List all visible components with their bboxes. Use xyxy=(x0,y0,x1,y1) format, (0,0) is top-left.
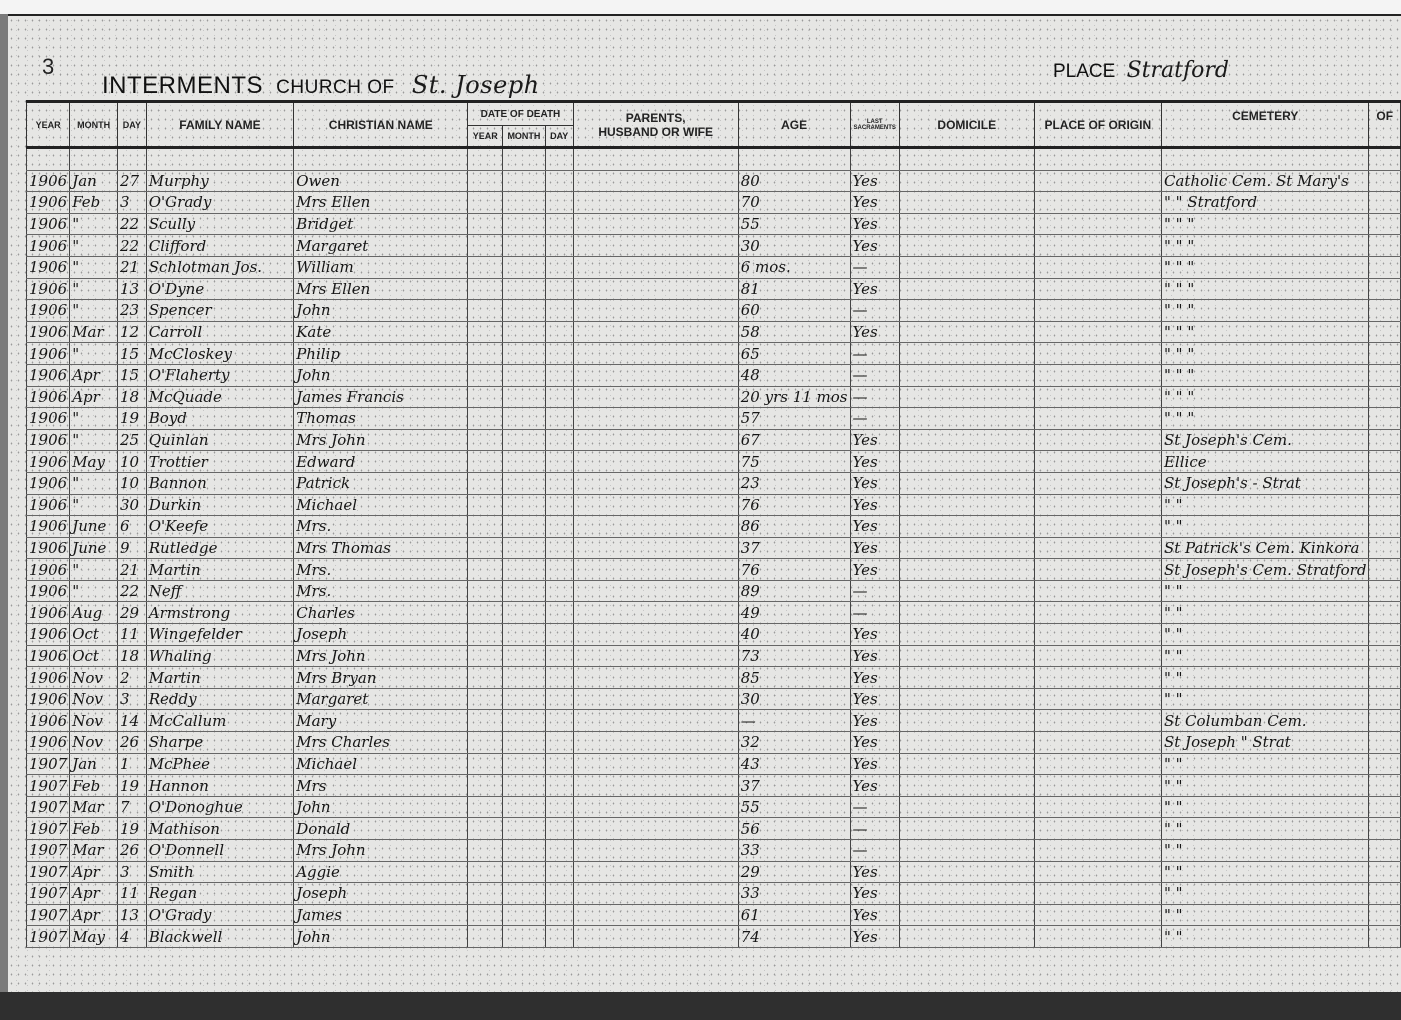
burial-year-cell: 1906 xyxy=(27,386,70,408)
place-of-origin-cell xyxy=(1034,796,1161,818)
dod-year-cell xyxy=(468,580,503,602)
col-family-name: FAMILY NAME xyxy=(146,102,293,148)
dod-month-cell xyxy=(503,580,546,602)
dod-year-cell xyxy=(468,818,503,840)
dod-month-cell xyxy=(503,408,546,430)
dod-year-cell xyxy=(468,537,503,559)
parents-cell xyxy=(573,904,738,926)
domicile-cell xyxy=(899,192,1034,214)
interments-table: YEAR MONTH DAY FAMILY NAME CHRISTIAN NAM… xyxy=(26,100,1401,948)
age-cell: 40 xyxy=(738,624,850,646)
cemetery-cell: " " xyxy=(1161,494,1368,516)
table-row: 1906"13O'DyneMrs Ellen81Yes" " " xyxy=(27,278,1401,300)
family-name-cell: Schlotman Jos. xyxy=(146,256,293,278)
family-name-cell: Martin xyxy=(146,559,293,581)
christian-name-cell: Aggie xyxy=(294,861,468,883)
officiant-cell xyxy=(1369,926,1401,948)
cemetery-cell: " " xyxy=(1161,624,1368,646)
officiant-cell xyxy=(1369,321,1401,343)
age-cell: 81 xyxy=(738,278,850,300)
dod-year-cell xyxy=(468,840,503,862)
domicile-cell xyxy=(899,602,1034,624)
burial-year-cell: 1907 xyxy=(27,883,70,905)
cemetery-cell: St Columban Cem. xyxy=(1161,710,1368,732)
christian-name-cell: Mrs. xyxy=(294,516,468,538)
table-row: 1906"21Schlotman Jos.William6 mos.—" " " xyxy=(27,256,1401,278)
family-name-cell: Wingefelder xyxy=(146,624,293,646)
dod-year-cell xyxy=(468,192,503,214)
burial-day-cell: 13 xyxy=(117,904,146,926)
burial-year-cell: 1906 xyxy=(27,408,70,430)
burial-day-cell: 10 xyxy=(117,472,146,494)
family-name-cell: O'Donnell xyxy=(146,840,293,862)
parents-cell xyxy=(573,559,738,581)
parents-cell xyxy=(573,775,738,797)
burial-day-cell: 3 xyxy=(117,688,146,710)
burial-year-cell: 1906 xyxy=(27,494,70,516)
burial-year-cell: 1906 xyxy=(27,300,70,322)
burial-day-cell: 30 xyxy=(117,494,146,516)
officiant-cell xyxy=(1369,861,1401,883)
parents-cell xyxy=(573,386,738,408)
dod-month-cell xyxy=(503,926,546,948)
domicile-cell xyxy=(899,904,1034,926)
christian-name-cell: Michael xyxy=(294,494,468,516)
burial-month-cell: Mar xyxy=(70,321,118,343)
place-of-origin-cell xyxy=(1034,732,1161,754)
burial-month-cell: " xyxy=(70,429,118,451)
dod-month-cell xyxy=(503,883,546,905)
dod-month-cell xyxy=(503,624,546,646)
dod-month-cell xyxy=(503,818,546,840)
parents-cell xyxy=(573,213,738,235)
officiant-cell xyxy=(1369,537,1401,559)
dod-year-cell xyxy=(468,343,503,365)
burial-month-cell: Apr xyxy=(70,861,118,883)
table-row: 1906Nov26SharpeMrs Charles32YesSt Joseph… xyxy=(27,732,1401,754)
family-name-cell: Clifford xyxy=(146,235,293,257)
parents-cell xyxy=(573,688,738,710)
parents-cell xyxy=(573,408,738,430)
family-name-cell: O'Keefe xyxy=(146,516,293,538)
dod-year-cell xyxy=(468,278,503,300)
col-last-sacraments: LAST SACRAMENTS xyxy=(850,102,899,148)
burial-year-cell: 1906 xyxy=(27,278,70,300)
age-cell: 32 xyxy=(738,732,850,754)
dod-year-cell xyxy=(468,213,503,235)
dod-month-cell xyxy=(503,645,546,667)
domicile-cell xyxy=(899,213,1034,235)
age-cell: 37 xyxy=(738,775,850,797)
dod-day-cell xyxy=(545,213,573,235)
ledger-body: 1906Jan27MurphyOwen80YesCatholic Cem. St… xyxy=(27,148,1401,948)
domicile-cell xyxy=(899,429,1034,451)
dod-month-cell xyxy=(503,775,546,797)
family-name-cell: McCallum xyxy=(146,710,293,732)
dod-day-cell xyxy=(545,688,573,710)
table-row: 1906"25QuinlanMrs John67YesSt Joseph's C… xyxy=(27,429,1401,451)
burial-year-cell: 1906 xyxy=(27,321,70,343)
place-of-origin-cell xyxy=(1034,883,1161,905)
burial-month-cell: " xyxy=(70,343,118,365)
table-row: 1907May4BlackwellJohn74Yes" " xyxy=(27,926,1401,948)
place-of-origin-cell xyxy=(1034,429,1161,451)
burial-month-cell: Oct xyxy=(70,624,118,646)
parents-cell xyxy=(573,602,738,624)
parents-cell xyxy=(573,537,738,559)
family-name-cell: Blackwell xyxy=(146,926,293,948)
burial-day-cell: 3 xyxy=(117,861,146,883)
burial-day-cell: 3 xyxy=(117,192,146,214)
domicile-cell xyxy=(899,170,1034,192)
burial-year-cell: 1907 xyxy=(27,796,70,818)
family-name-cell: McPhee xyxy=(146,753,293,775)
burial-month-cell: June xyxy=(70,537,118,559)
dod-year-cell xyxy=(468,775,503,797)
dod-year-cell xyxy=(468,364,503,386)
dod-month-cell xyxy=(503,537,546,559)
dod-year-cell xyxy=(468,451,503,473)
burial-day-cell: 23 xyxy=(117,300,146,322)
christian-name-cell: Mrs John xyxy=(294,429,468,451)
burial-year-cell: 1906 xyxy=(27,256,70,278)
place-of-origin-cell xyxy=(1034,451,1161,473)
dod-year-cell xyxy=(468,559,503,581)
burial-month-cell: Nov xyxy=(70,667,118,689)
burial-month-cell: Apr xyxy=(70,904,118,926)
dod-day-cell xyxy=(545,883,573,905)
last-sacraments-cell: Yes xyxy=(850,861,899,883)
domicile-cell xyxy=(899,278,1034,300)
officiant-cell xyxy=(1369,192,1401,214)
parents-cell xyxy=(573,451,738,473)
dod-year-cell xyxy=(468,926,503,948)
place-of-origin-cell xyxy=(1034,559,1161,581)
dod-day-cell xyxy=(545,537,573,559)
domicile-cell xyxy=(899,559,1034,581)
officiant-cell xyxy=(1369,364,1401,386)
place-of-origin-cell xyxy=(1034,861,1161,883)
christian-name-cell: Margaret xyxy=(294,688,468,710)
page-number: 3 xyxy=(42,54,54,80)
dod-year-cell xyxy=(468,256,503,278)
cemetery-cell: " " " xyxy=(1161,364,1368,386)
christian-name-cell: Thomas xyxy=(294,408,468,430)
last-sacraments-cell: — xyxy=(850,796,899,818)
dod-month-cell xyxy=(503,796,546,818)
cemetery-cell: " " " xyxy=(1161,235,1368,257)
cemetery-cell: " " xyxy=(1161,904,1368,926)
last-sacraments-cell: Yes xyxy=(850,516,899,538)
cemetery-cell: Catholic Cem. St Mary's xyxy=(1161,170,1368,192)
dod-month-cell xyxy=(503,710,546,732)
last-sacraments-cell: — xyxy=(850,386,899,408)
family-name-cell: Boyd xyxy=(146,408,293,430)
burial-day-cell: 11 xyxy=(117,624,146,646)
domicile-cell xyxy=(899,688,1034,710)
dod-day-cell xyxy=(545,321,573,343)
officiant-cell xyxy=(1369,688,1401,710)
place-of-origin-cell xyxy=(1034,408,1161,430)
burial-year-cell: 1906 xyxy=(27,645,70,667)
place-of-origin-cell xyxy=(1034,364,1161,386)
place-of-origin-cell xyxy=(1034,580,1161,602)
parents-cell xyxy=(573,256,738,278)
christian-name-cell: Charles xyxy=(294,602,468,624)
dod-month-cell xyxy=(503,667,546,689)
parents-cell xyxy=(573,818,738,840)
officiant-cell xyxy=(1369,256,1401,278)
table-row: 1906June9RutledgeMrs Thomas37YesSt Patri… xyxy=(27,537,1401,559)
last-sacraments-cell: Yes xyxy=(850,429,899,451)
age-cell: 76 xyxy=(738,494,850,516)
officiant-cell xyxy=(1369,753,1401,775)
burial-year-cell: 1906 xyxy=(27,537,70,559)
age-cell: 89 xyxy=(738,580,850,602)
place-of-origin-cell xyxy=(1034,710,1161,732)
age-cell: 29 xyxy=(738,861,850,883)
cemetery-cell: " " xyxy=(1161,840,1368,862)
burial-year-cell: 1906 xyxy=(27,192,70,214)
table-row: 1906Feb3O'GradyMrs Ellen70Yes" " Stratfo… xyxy=(27,192,1401,214)
last-sacraments-cell: — xyxy=(850,364,899,386)
age-cell: 80 xyxy=(738,170,850,192)
last-sacraments-cell: Yes xyxy=(850,904,899,926)
christian-name-cell: John xyxy=(294,364,468,386)
age-cell: 61 xyxy=(738,904,850,926)
burial-day-cell: 19 xyxy=(117,818,146,840)
table-row: 1906Apr15O'FlahertyJohn48—" " " xyxy=(27,364,1401,386)
last-sacraments-cell: — xyxy=(850,818,899,840)
burial-year-cell: 1907 xyxy=(27,840,70,862)
burial-month-cell: Feb xyxy=(70,775,118,797)
officiant-cell xyxy=(1369,386,1401,408)
burial-day-cell: 26 xyxy=(117,732,146,754)
christian-name-cell: Joseph xyxy=(294,883,468,905)
family-name-cell: Sharpe xyxy=(146,732,293,754)
parents-cell xyxy=(573,192,738,214)
parents-cell xyxy=(573,321,738,343)
cemetery-cell: St Joseph's Cem. xyxy=(1161,429,1368,451)
col-age: AGE xyxy=(738,102,850,148)
age-cell: 60 xyxy=(738,300,850,322)
domicile-cell xyxy=(899,775,1034,797)
dod-day-cell xyxy=(545,710,573,732)
burial-year-cell: 1906 xyxy=(27,170,70,192)
age-cell: 55 xyxy=(738,213,850,235)
last-sacraments-cell: Yes xyxy=(850,688,899,710)
burial-month-cell: Mar xyxy=(70,796,118,818)
dod-day-cell xyxy=(545,170,573,192)
dod-year-cell xyxy=(468,796,503,818)
dod-day-cell xyxy=(545,516,573,538)
dod-year-cell xyxy=(468,602,503,624)
christian-name-cell: Mrs. xyxy=(294,559,468,581)
parents-cell xyxy=(573,580,738,602)
table-row: 1906"19BoydThomas57—" " " xyxy=(27,408,1401,430)
place-of-origin-cell xyxy=(1034,516,1161,538)
cemetery-cell: St Joseph's - Strat xyxy=(1161,472,1368,494)
last-sacraments-cell: Yes xyxy=(850,278,899,300)
family-name-cell: O'Dyne xyxy=(146,278,293,300)
dod-year-cell xyxy=(468,516,503,538)
dod-day-cell xyxy=(545,861,573,883)
christian-name-cell: Patrick xyxy=(294,472,468,494)
christian-name-cell: Mrs Thomas xyxy=(294,537,468,559)
domicile-cell xyxy=(899,645,1034,667)
table-row: 1906May10TrottierEdward75YesEllice xyxy=(27,451,1401,473)
dod-year-cell xyxy=(468,883,503,905)
last-sacraments-cell: — xyxy=(850,840,899,862)
table-row: 1906"22ScullyBridget55Yes" " " xyxy=(27,213,1401,235)
burial-year-cell: 1906 xyxy=(27,516,70,538)
family-name-cell: Bannon xyxy=(146,472,293,494)
family-name-cell: Durkin xyxy=(146,494,293,516)
burial-day-cell: 18 xyxy=(117,645,146,667)
col-domicile: DOMICILE xyxy=(899,102,1034,148)
last-sacraments-cell: Yes xyxy=(850,559,899,581)
parents-cell xyxy=(573,343,738,365)
burial-month-cell: Oct xyxy=(70,645,118,667)
cemetery-cell: " " xyxy=(1161,753,1368,775)
place-of-origin-cell xyxy=(1034,472,1161,494)
dod-year-cell xyxy=(468,429,503,451)
burial-month-cell: " xyxy=(70,580,118,602)
burial-year-cell: 1906 xyxy=(27,732,70,754)
burial-year-cell: 1906 xyxy=(27,710,70,732)
burial-month-cell: Apr xyxy=(70,883,118,905)
burial-month-cell: " xyxy=(70,256,118,278)
christian-name-cell: Owen xyxy=(294,170,468,192)
dod-day-cell xyxy=(545,840,573,862)
last-sacraments-cell: Yes xyxy=(850,645,899,667)
age-cell: 55 xyxy=(738,796,850,818)
burial-day-cell: 2 xyxy=(117,667,146,689)
burial-month-cell: Nov xyxy=(70,710,118,732)
christian-name-cell: William xyxy=(294,256,468,278)
age-cell: 70 xyxy=(738,192,850,214)
burial-year-cell: 1907 xyxy=(27,904,70,926)
burial-day-cell: 15 xyxy=(117,343,146,365)
last-sacraments-cell: Yes xyxy=(850,753,899,775)
burial-year-cell: 1907 xyxy=(27,861,70,883)
dod-year-cell xyxy=(468,300,503,322)
burial-year-cell: 1906 xyxy=(27,213,70,235)
last-sacraments-cell: — xyxy=(850,256,899,278)
age-cell: 85 xyxy=(738,667,850,689)
dod-day-cell xyxy=(545,386,573,408)
burial-day-cell: 14 xyxy=(117,710,146,732)
domicile-cell xyxy=(899,926,1034,948)
table-row: 1906"22NeffMrs.89—" " xyxy=(27,580,1401,602)
burial-month-cell: Feb xyxy=(70,192,118,214)
dod-day-cell xyxy=(545,429,573,451)
last-sacraments-cell: Yes xyxy=(850,624,899,646)
last-sacraments-cell: — xyxy=(850,408,899,430)
dod-year-cell xyxy=(468,472,503,494)
dod-day-cell xyxy=(545,818,573,840)
officiant-cell xyxy=(1369,667,1401,689)
age-cell: 76 xyxy=(738,559,850,581)
burial-year-cell: 1906 xyxy=(27,688,70,710)
family-name-cell: Reddy xyxy=(146,688,293,710)
officiant-cell xyxy=(1369,904,1401,926)
christian-name-cell: Mrs. xyxy=(294,580,468,602)
dod-year-cell xyxy=(468,861,503,883)
dod-day-cell xyxy=(545,343,573,365)
age-cell: 30 xyxy=(738,235,850,257)
parents-cell xyxy=(573,883,738,905)
domicile-cell xyxy=(899,451,1034,473)
page-title: INTERMENTS CHURCH OF St. Joseph xyxy=(102,71,540,100)
dod-day-cell xyxy=(545,667,573,689)
dod-year-cell xyxy=(468,170,503,192)
domicile-cell xyxy=(899,235,1034,257)
dod-day-cell xyxy=(545,364,573,386)
officiant-cell xyxy=(1369,796,1401,818)
dod-year-cell xyxy=(468,710,503,732)
table-row: 1906Oct11WingefelderJoseph40Yes" " xyxy=(27,624,1401,646)
parents-cell xyxy=(573,235,738,257)
burial-day-cell: 26 xyxy=(117,840,146,862)
dod-year-cell xyxy=(468,753,503,775)
table-row: 1907Apr3SmithAggie29Yes" " xyxy=(27,861,1401,883)
scan-bottom-edge xyxy=(0,992,1401,1020)
domicile-cell xyxy=(899,537,1034,559)
place-of-origin-cell xyxy=(1034,213,1161,235)
dod-month-cell xyxy=(503,300,546,322)
family-name-cell: O'Grady xyxy=(146,192,293,214)
officiant-cell xyxy=(1369,732,1401,754)
officiant-cell xyxy=(1369,840,1401,862)
table-row: 1907Mar26O'DonnellMrs John33—" " xyxy=(27,840,1401,862)
table-row: 1906"10BannonPatrick23YesSt Joseph's - S… xyxy=(27,472,1401,494)
dod-month-cell xyxy=(503,904,546,926)
cemetery-cell: St Joseph's Cem. Stratford xyxy=(1161,559,1368,581)
domicile-cell xyxy=(899,710,1034,732)
cemetery-cell: " " Stratford xyxy=(1161,192,1368,214)
domicile-cell xyxy=(899,732,1034,754)
dod-month-cell xyxy=(503,494,546,516)
family-name-cell: McQuade xyxy=(146,386,293,408)
table-row: 1906Aug29ArmstrongCharles49—" " xyxy=(27,602,1401,624)
officiant-cell xyxy=(1369,343,1401,365)
domicile-cell xyxy=(899,624,1034,646)
christian-name-cell: John xyxy=(294,796,468,818)
domicile-cell xyxy=(899,840,1034,862)
burial-month-cell: Mar xyxy=(70,840,118,862)
parents-cell xyxy=(573,516,738,538)
last-sacraments-cell: — xyxy=(850,300,899,322)
cemetery-cell: " " " xyxy=(1161,256,1368,278)
table-row: 1906Apr18McQuadeJames Francis20 yrs 11 m… xyxy=(27,386,1401,408)
burial-day-cell: 25 xyxy=(117,429,146,451)
domicile-cell xyxy=(899,667,1034,689)
age-cell: 57 xyxy=(738,408,850,430)
last-sacraments-cell: Yes xyxy=(850,213,899,235)
cemetery-cell: " " xyxy=(1161,602,1368,624)
officiant-cell xyxy=(1369,602,1401,624)
dod-day-cell xyxy=(545,624,573,646)
col-month: MONTH xyxy=(70,102,118,148)
place-of-origin-cell xyxy=(1034,343,1161,365)
dod-day-cell xyxy=(545,580,573,602)
officiant-cell xyxy=(1369,170,1401,192)
table-row: 1907Feb19HannonMrs37Yes" " xyxy=(27,775,1401,797)
col-christian-name: CHRISTIAN NAME xyxy=(294,102,468,148)
burial-day-cell: 29 xyxy=(117,602,146,624)
parents-cell xyxy=(573,170,738,192)
